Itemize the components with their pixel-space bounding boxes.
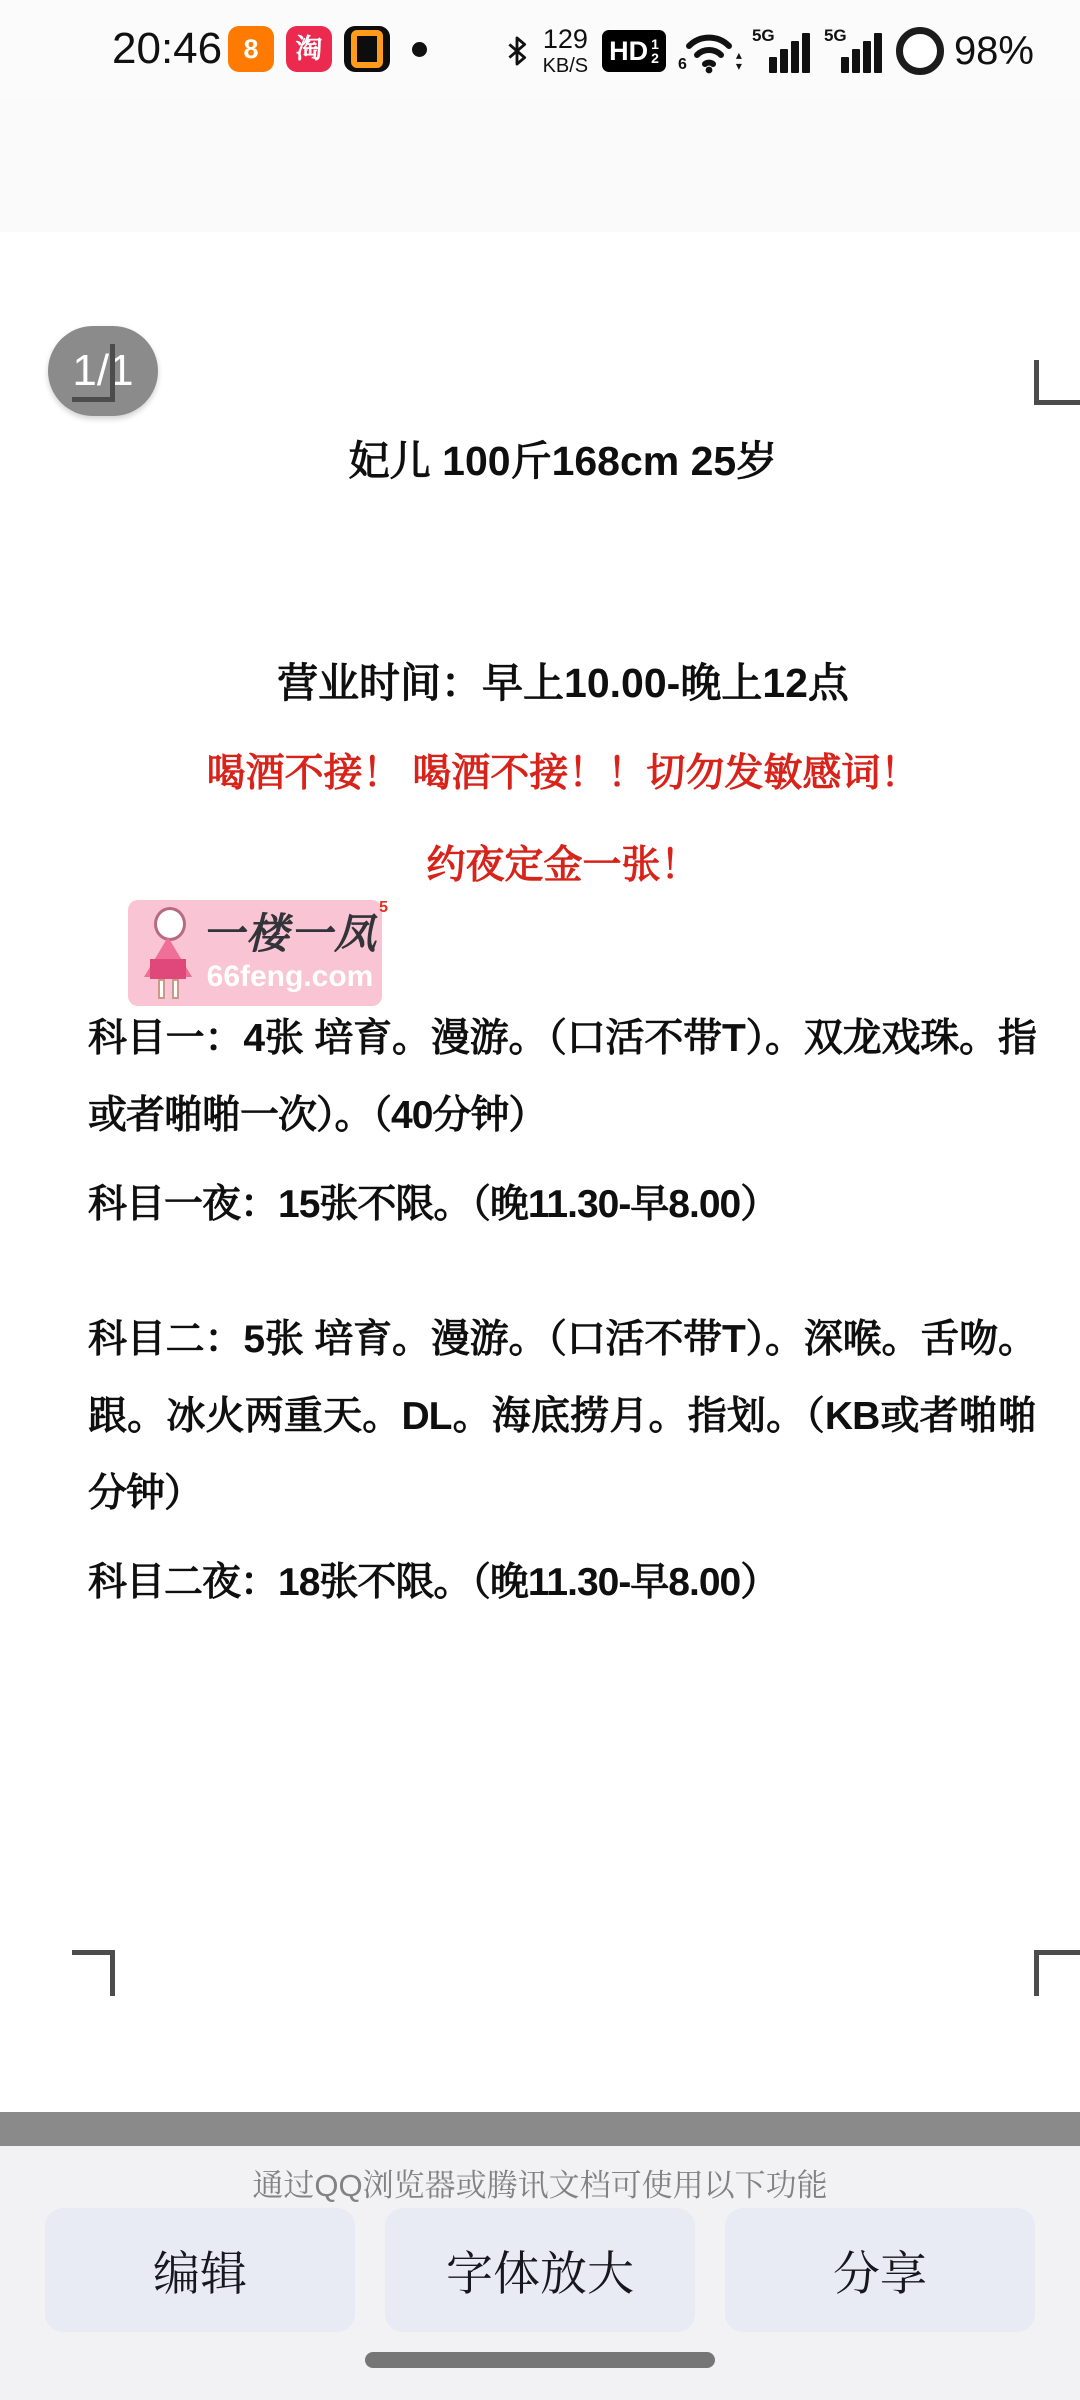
paragraph-subject2: 科目二：5张 培育。漫游。（口活不带T）。深喉。舌吻。69。丝袜高 跟。冰火两重… xyxy=(88,1301,1036,1532)
doc-text-line: 科目二：5张 培育。漫游。（口活不带T）。深喉。舌吻。69。丝袜高 xyxy=(88,1301,1036,1378)
paragraph-subject1-night: 科目一夜：15张不限。（晚11.30-早8.00） xyxy=(88,1166,1036,1243)
doc-text-line: 科目一：4张 培育。漫游。（口活不带T）。双龙戏珠。指划。（KB xyxy=(88,1000,1036,1077)
status-indicators: 129 KB/S HD 12 6 ▴▾ 5G xyxy=(505,20,1034,82)
volte-hd-icon: HD 12 xyxy=(602,30,666,72)
doc-text-line: 或者啪啪一次）。（40分钟） xyxy=(88,1077,1036,1154)
battery-percent: 98% xyxy=(954,29,1034,74)
clock: 20:46 xyxy=(112,24,222,74)
edit-button[interactable]: 编辑 xyxy=(45,2208,355,2332)
toolbar-hint: 通过QQ浏览器或腾讯文档可使用以下功能 xyxy=(0,2160,1080,2205)
doc-warning-line: 喝酒不接！ 喝酒不接！！切勿发敏感词！ xyxy=(88,742,1038,798)
watermark-site: 66feng.com xyxy=(198,962,382,992)
app-icon xyxy=(344,26,390,72)
document-page: 1/1 妃儿 100斤168cm 25岁 营业时间：早上10.00-晚上12点 … xyxy=(0,232,1080,2112)
doc-body: 科目一：4张 培育。漫游。（口活不带T）。双龙戏珠。指划。（KB 或者啪啪一次）… xyxy=(88,1000,1036,1621)
corner-mark-bottom-right xyxy=(1034,1950,1039,1996)
stamp-mark: 5 xyxy=(379,900,388,916)
corner-mark-top-right xyxy=(1034,360,1039,404)
bluetooth-icon xyxy=(505,31,529,71)
paragraph-subject2-night: 科目二夜：18张不限。（晚11.30-早8.00） xyxy=(88,1544,1036,1621)
page-divider xyxy=(0,2112,1080,2146)
page-indicator: 1/1 xyxy=(48,326,158,416)
doc-business-hours: 营业时间：早上10.00-晚上12点 xyxy=(88,650,1038,709)
paragraph-subject1: 科目一：4张 培育。漫游。（口活不带T）。双龙戏珠。指划。（KB 或者啪啪一次）… xyxy=(88,1000,1036,1154)
corner-mark-bottom-right xyxy=(1034,1950,1080,1955)
site-watermark: 一楼一凤 66feng.com 5 xyxy=(128,900,382,1006)
corner-mark-top-right xyxy=(1034,400,1080,405)
notification-icons: 8 淘 xyxy=(228,26,427,72)
phone-screen: 20:46 8 淘 129 KB/S HD 12 xyxy=(0,0,1080,2400)
network-speed: 129 KB/S xyxy=(543,26,589,76)
home-indicator[interactable] xyxy=(365,2352,715,2368)
corner-mark-top-left xyxy=(110,344,115,402)
font-zoom-button[interactable]: 字体放大 xyxy=(385,2208,695,2332)
corner-mark-bottom-left xyxy=(110,1950,115,1996)
doc-text-line: 科目一夜：15张不限。（晚11.30-早8.00） xyxy=(88,1166,1036,1243)
watermark-name: 一楼一凤 xyxy=(198,914,382,956)
doc-text-line: 分钟） xyxy=(88,1455,1036,1532)
signal-sim2-icon: 5G xyxy=(824,27,882,75)
signal-sim1-icon: 5G xyxy=(752,27,810,75)
corner-mark-bottom-left xyxy=(72,1950,115,1955)
doc-text-line: 科目二夜：18张不限。（晚11.30-早8.00） xyxy=(88,1544,1036,1621)
wifi-icon: 6 ▴▾ xyxy=(680,28,738,74)
taobao-icon: 淘 xyxy=(286,26,332,72)
corner-mark-top-left xyxy=(72,397,115,402)
doc-heading: 妃儿 100斤168cm 25岁 xyxy=(88,428,1038,487)
doc-deposit-line: 约夜定金一张！ xyxy=(88,834,1038,890)
doc-text-line: 跟。冰火两重天。DL。海底捞月。指划。（KB或者啪啪一次）。（50 xyxy=(88,1378,1036,1455)
battery-icon xyxy=(896,27,944,75)
status-bar: 20:46 8 淘 129 KB/S HD 12 xyxy=(0,0,1080,100)
notification-dot-icon xyxy=(412,42,427,57)
kuaishou-icon: 8 xyxy=(228,26,274,72)
title-bar: 妃儿.doc xyxy=(0,100,1080,232)
share-button[interactable]: 分享 xyxy=(725,2208,1035,2332)
woman-figure-icon xyxy=(140,907,198,999)
